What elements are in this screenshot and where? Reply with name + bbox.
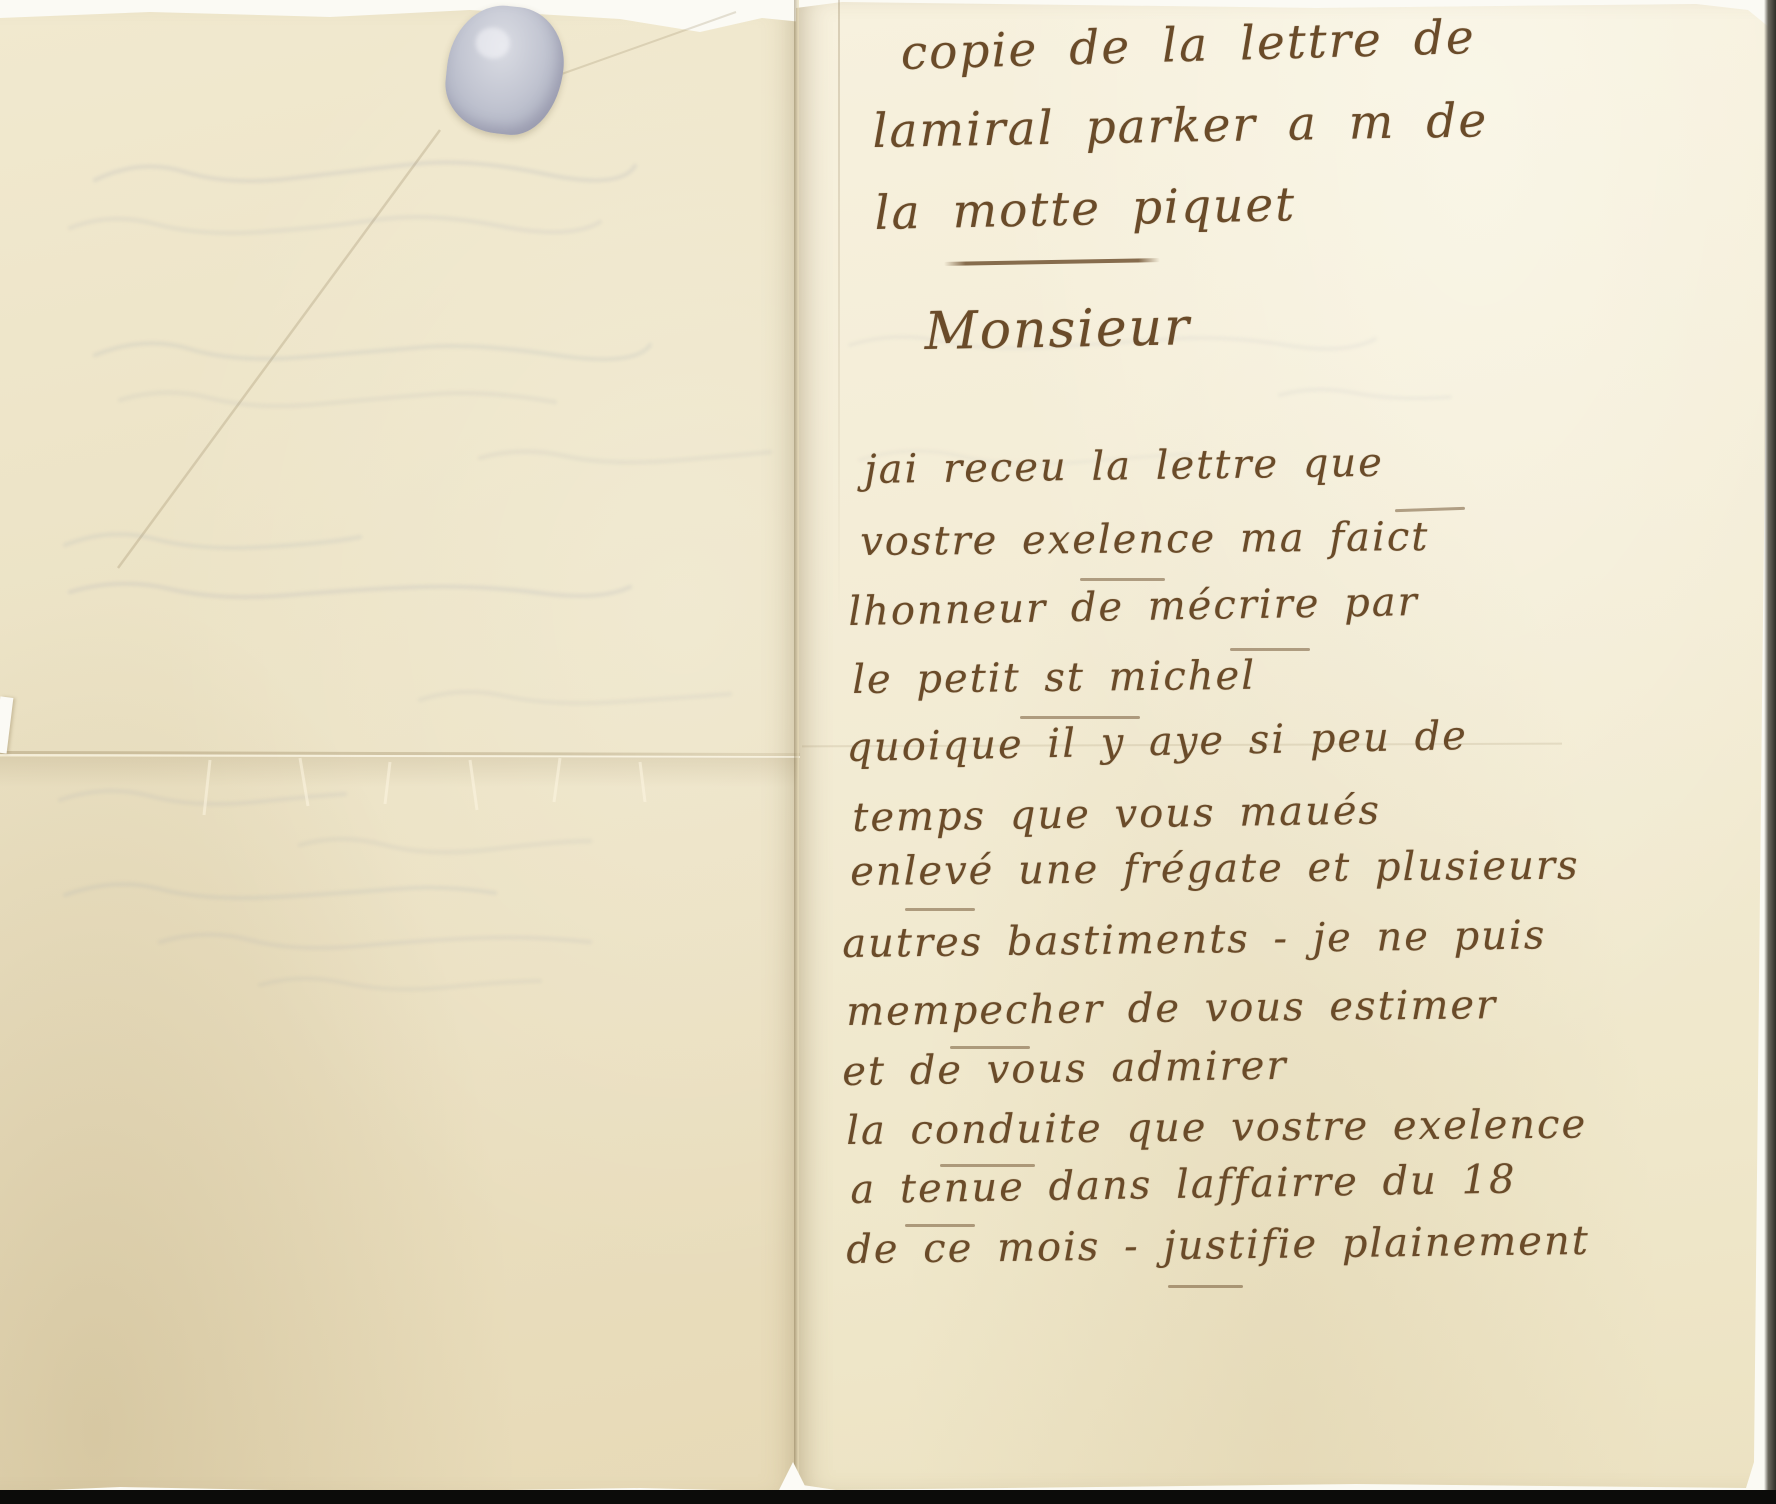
ink-flourish [905,1224,975,1227]
letter-body-line: enlevé une frégate et plusieurs [850,843,1580,895]
ink-flourish [1080,578,1165,581]
letter-body-line: jai receu la lettre que [864,440,1384,493]
letter-heading-line: lamiral parker a m de [872,93,1489,159]
ink-flourish [1230,648,1310,651]
letter-body-line: mempecher de vous estimer [846,982,1497,1035]
letter-body-line: temps que vous maués [852,788,1381,841]
letter-body-line: vostre exelence ma faict [860,514,1430,565]
letter-heading-line: la motte piquet [874,177,1297,241]
ink-flourish [1168,1285,1243,1288]
ink-flourish [905,908,975,911]
ink-flourish [950,1046,1030,1049]
scanned-letter: copie de la lettre de lamiral parker a m… [0,0,1776,1504]
letter-body-line: autres bastiments - je ne puis [842,912,1547,967]
letter-body-line: la conduite que vostre exelence [846,1102,1587,1154]
fold-wrinkles [0,750,800,870]
scan-right-edge [1764,0,1776,1504]
scan-bottom-edge [0,1490,1776,1504]
letter-body-line: et de vous admirer [842,1043,1288,1095]
letter-salutation: Monsieur [924,297,1191,362]
ink-flourish [1020,716,1140,719]
bleedthrough-ghost-text-right [0,0,1776,600]
ink-flourish [940,1164,1035,1167]
letter-body-line: le petit st michel [852,653,1256,703]
